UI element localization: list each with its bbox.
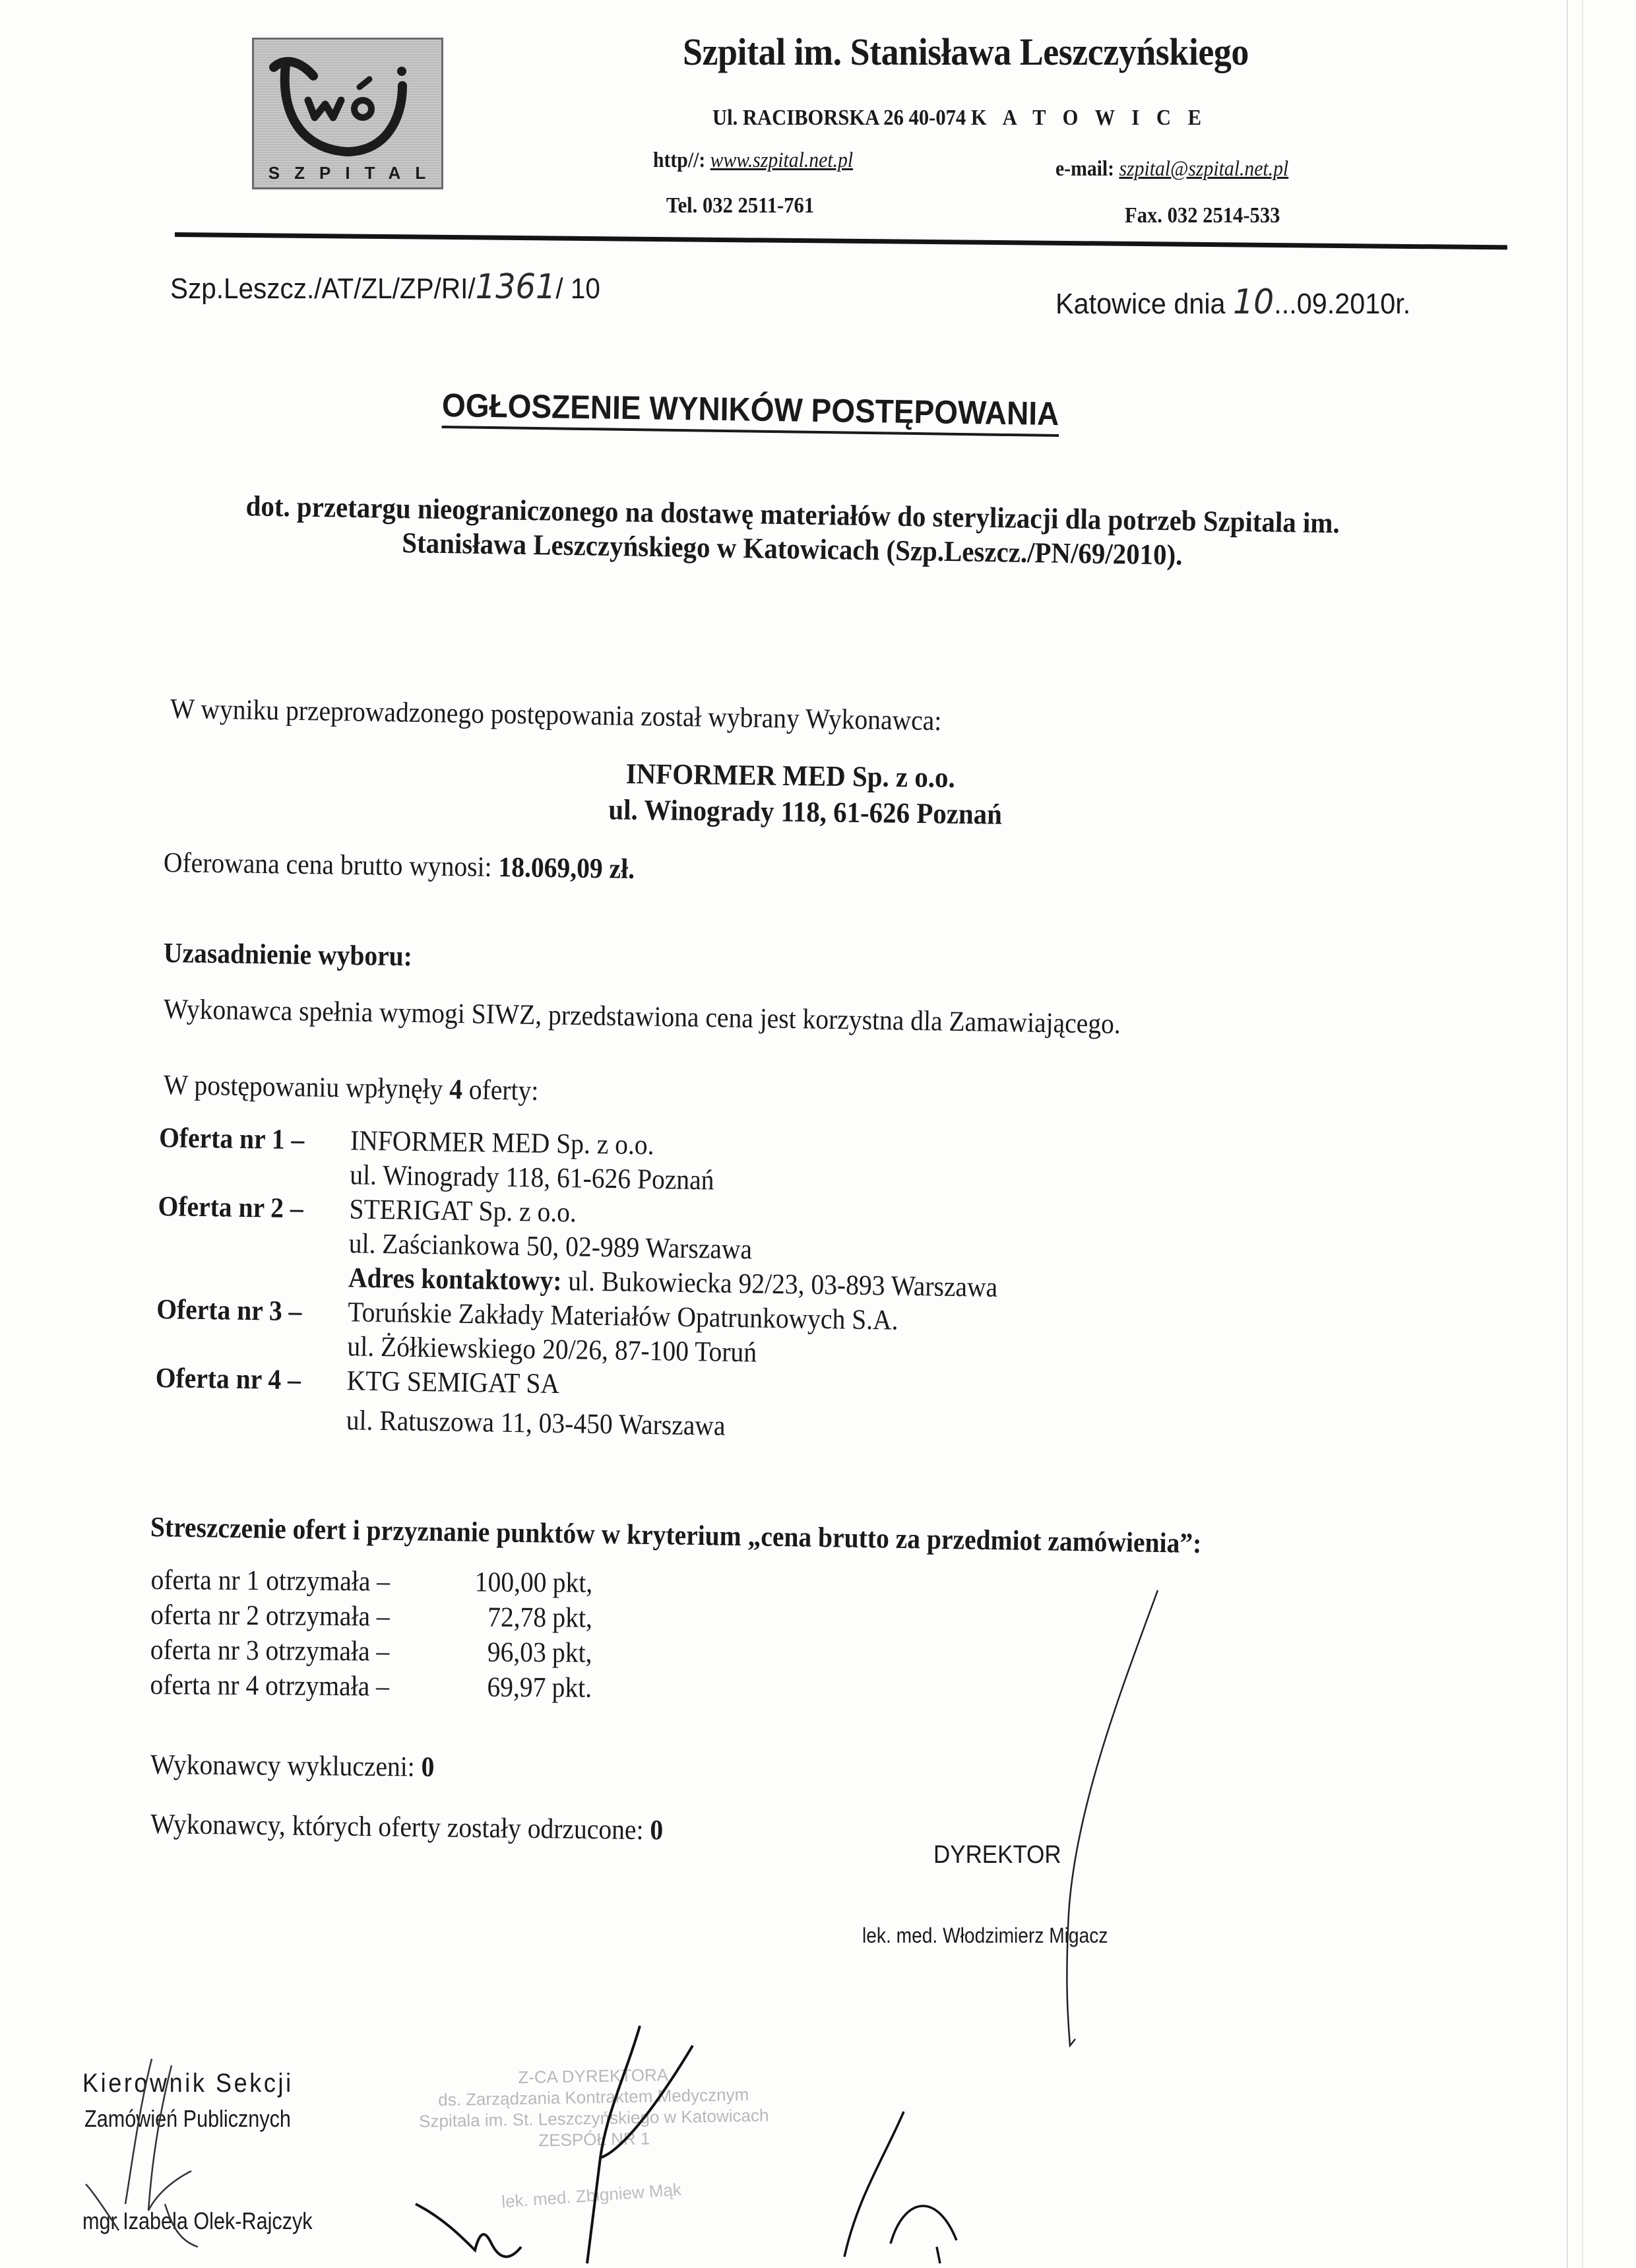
justification-text: Wykonawca spełnia wymogi SIWZ, przedstaw… — [164, 993, 1121, 1041]
score-unit: pkt, — [546, 1636, 592, 1671]
website-label: http//: — [653, 148, 705, 172]
offers-received-label: W postępowaniu wpłynęły — [164, 1070, 443, 1105]
excluded-label: Wykonawcy wykluczeni: — [150, 1749, 415, 1782]
date-suffix: 09.2010r. — [1297, 288, 1410, 320]
section-head-signature-icon — [66, 2059, 237, 2257]
offer-label: Oferta nr 1 – — [159, 1122, 335, 1157]
score-unit: pkt, — [546, 1567, 592, 1602]
fax: Fax. 032 2514-533 — [1125, 203, 1280, 228]
offer-label: Oferta nr 3 – — [156, 1293, 332, 1328]
score-row: oferta nr 3 otrzymała – 96,03 pkt, — [150, 1634, 596, 1672]
deputy-signature-icon — [383, 2019, 844, 2268]
score-unit: pkt, — [546, 1602, 592, 1636]
tender-subject: dot. przetargu nieograniczonego na dosta… — [191, 488, 1394, 576]
offers-received-suffix: oferty: — [469, 1074, 539, 1107]
director-signature-stroke-icon — [990, 1584, 1187, 2059]
hospital-logo: SZPITAL — [252, 38, 443, 189]
email-label: e-mail: — [1055, 157, 1114, 181]
score-label: oferta nr 1 otrzymała – — [150, 1564, 436, 1601]
excluded-value: 0 — [421, 1752, 434, 1783]
score-label: oferta nr 4 otrzymała – — [150, 1669, 435, 1706]
score-list: oferta nr 1 otrzymała – 100,00 pkt, ofer… — [150, 1564, 596, 1707]
handwritten-number: 1361 — [476, 267, 556, 307]
score-unit: pkt. — [546, 1671, 592, 1706]
offer-address: ul. Ratuszowa 11, 03-450 Warszawa — [346, 1404, 725, 1442]
reference-number: Szp.Leszcz./AT/ZL/ZP/RI/1361/ 10 — [170, 267, 600, 307]
score-value: 69,97 — [467, 1671, 546, 1706]
rejected-value: 0 — [650, 1815, 663, 1846]
website-link[interactable]: www.szpital.net.pl — [710, 148, 853, 172]
header-divider — [175, 232, 1507, 249]
score-row: oferta nr 4 otrzymała – 69,97 pkt. — [150, 1669, 596, 1707]
city: K A T O W I C E — [971, 106, 1207, 130]
website: http//: www.szpital.net.pl — [653, 148, 853, 173]
score-label: oferta nr 2 otrzymała – — [150, 1599, 436, 1636]
contact-value: ul. Bukowiecka 92/23, 03-893 Warszawa — [568, 1266, 997, 1303]
offer-address: ul. Żółkiewskiego 20/26, 87-100 Toruń — [347, 1330, 757, 1369]
summary-heading: Streszczenie ofert i przyznanie punktów … — [150, 1511, 1202, 1560]
rejected-label: Wykonawcy, których oferty zostały odrzuc… — [150, 1809, 644, 1846]
rejected-offers: Wykonawcy, których oferty zostały odrzuc… — [150, 1808, 664, 1846]
offer-label: Oferta nr 4 – — [155, 1362, 331, 1397]
logo-caption: SZPITAL — [254, 163, 441, 183]
reference-suffix: / 10 — [555, 273, 600, 305]
result-intro: W wyniku przeprowadzonego postępowania z… — [170, 693, 942, 737]
offers-received: W postępowaniu wpłynęły 4 oferty: — [164, 1069, 539, 1107]
scan-edge — [1567, 0, 1568, 2268]
contact-label: Adres kontaktowy: — [348, 1262, 562, 1297]
telephone: Tel. 032 2511-761 — [666, 193, 814, 218]
offer-company: STERIGAT Sp. z o.o. — [349, 1193, 577, 1229]
score-row: oferta nr 1 otrzymała – 100,00 pkt, — [150, 1564, 596, 1602]
offers-count: 4 — [449, 1074, 463, 1105]
offer-company: KTG SEMIGAT SA — [346, 1365, 559, 1400]
hospital-address: Ul. RACIBORSKA 26 40-074 K A T O W I C E — [712, 106, 1207, 131]
excluded-contractors: Wykonawcy wykluczeni: 0 — [150, 1749, 435, 1784]
justification-heading: Uzasadnienie wyboru: — [164, 937, 413, 973]
offer-company: INFORMER MED Sp. z o.o. — [350, 1124, 654, 1161]
score-value: 100,00 — [468, 1566, 547, 1602]
winner-name: INFORMER MED Sp. z o.o. — [625, 757, 955, 794]
offered-price: Oferowana cena brutto wynosi: 18.069,09 … — [164, 847, 635, 886]
reference-prefix: Szp.Leszcz./AT/ZL/ZP/RI/ — [170, 273, 476, 305]
additional-signature-icon — [778, 2098, 1029, 2268]
price-value: 18.069,09 zł. — [498, 852, 635, 885]
score-row: oferta nr 2 otrzymała – 72,78 pkt, — [150, 1599, 596, 1637]
score-label: oferta nr 3 otrzymała – — [150, 1634, 436, 1671]
street-address: Ul. RACIBORSKA 26 40-074 — [712, 106, 966, 130]
score-value: 96,03 — [467, 1636, 546, 1671]
email: e-mail: szpital@szpital.net.pl — [1055, 157, 1288, 181]
document-date: Katowice dnia 10...09.2010r. — [1055, 282, 1410, 322]
offers-list: Oferta nr 1 – INFORMER MED Sp. z o.o. ul… — [154, 1122, 1056, 1449]
handwritten-day: 10 — [1233, 282, 1274, 322]
email-link[interactable]: szpital@szpital.net.pl — [1119, 157, 1288, 181]
price-label: Oferowana cena brutto wynosi: — [164, 847, 492, 883]
scan-edge — [1582, 0, 1583, 2268]
hospital-name: Szpital im. Stanisława Leszczyńskiego — [683, 30, 1249, 74]
winner-address: ul. Winogrady 118, 61-626 Poznań — [608, 793, 1002, 831]
offer-label: Oferta nr 2 – — [158, 1190, 334, 1225]
score-value: 72,78 — [467, 1601, 546, 1636]
date-prefix: Katowice dnia — [1055, 288, 1226, 320]
offer-address: ul. Winogrady 118, 61-626 Poznań — [350, 1159, 714, 1196]
offer-address: ul. Zaściankowa 50, 02-989 Warszawa — [348, 1227, 752, 1266]
document-title: OGŁOSZENIE WYNIKÓW POSTĘPOWANIA — [442, 386, 1059, 437]
offer-4-address-row: ul. Ratuszowa 11, 03-450 Warszawa — [154, 1402, 1052, 1449]
